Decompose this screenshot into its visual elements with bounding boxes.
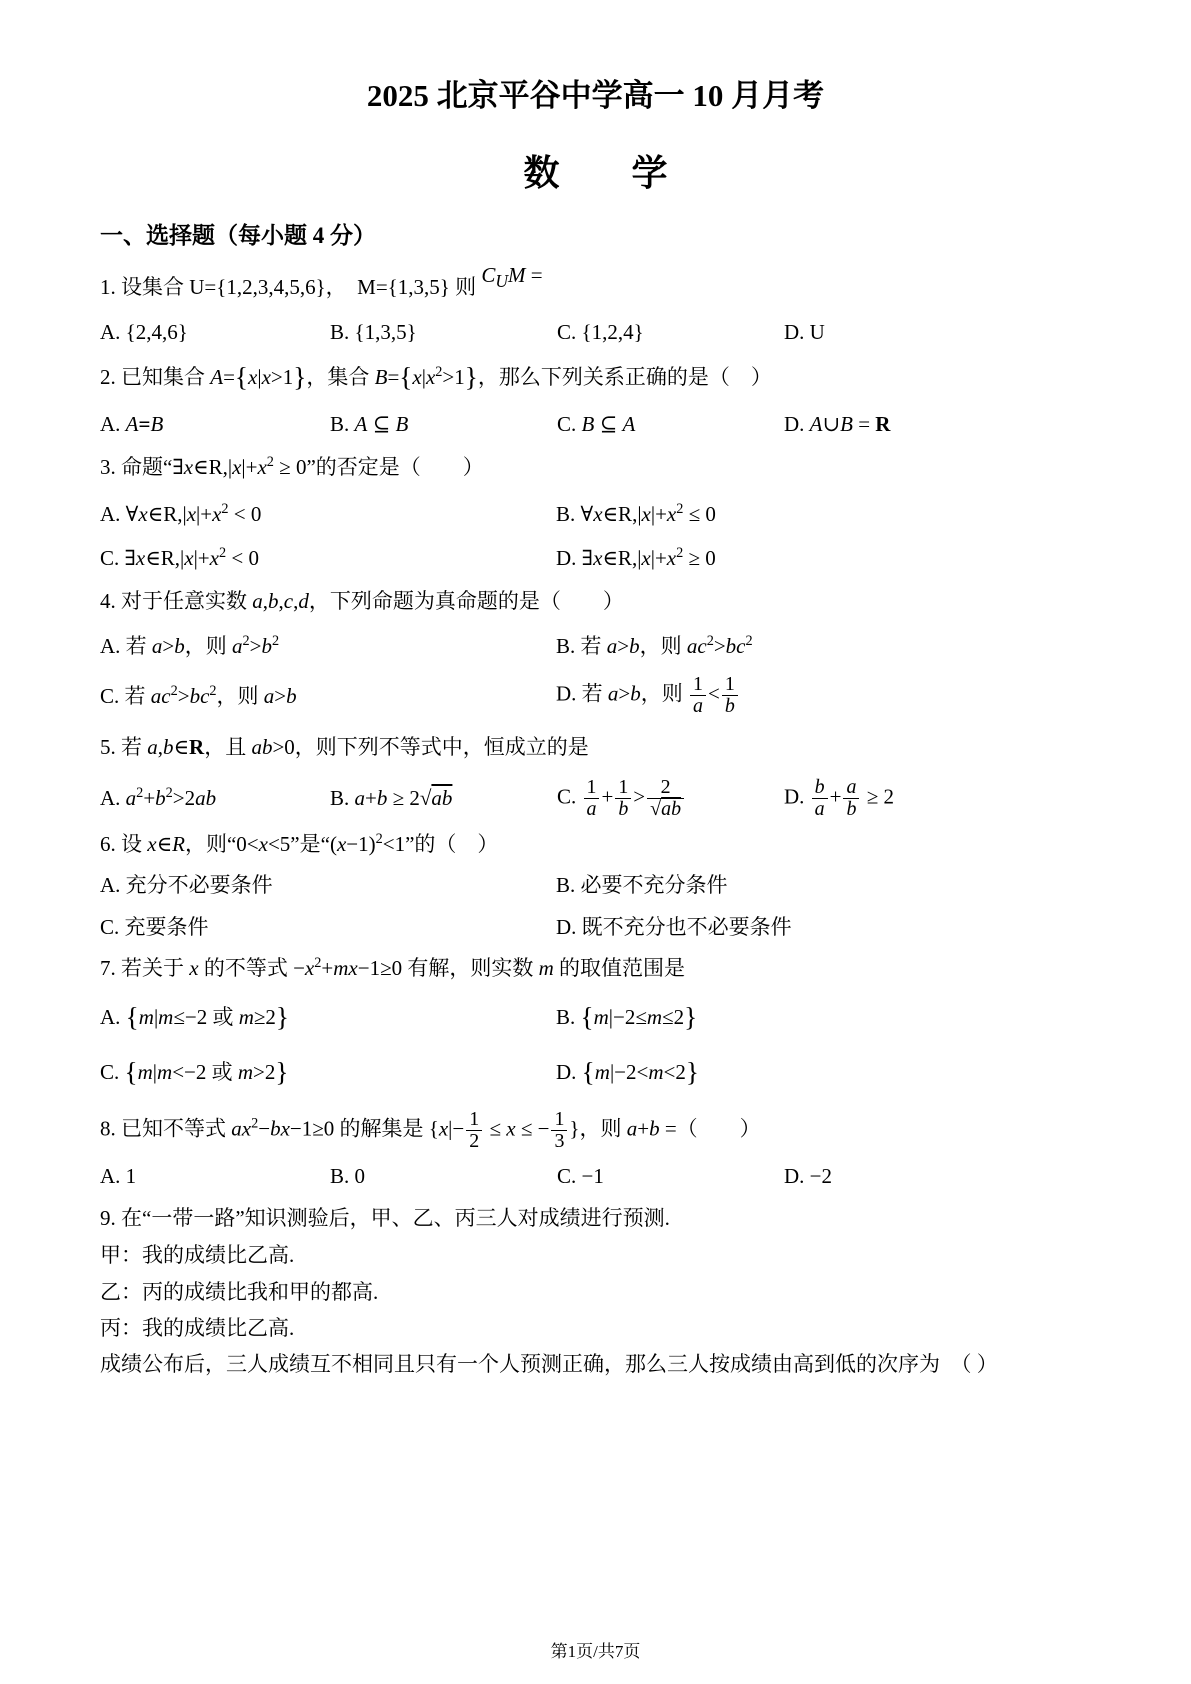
question-8-stem: 8. 已知不等式 ax2−bx−1≥0 的解集是 {x|−12 ≤ x ≤ −1… xyxy=(100,1109,1091,1152)
question-8: 8. 已知不等式 ax2−bx−1≥0 的解集是 {x|−12 ≤ x ≤ −1… xyxy=(100,1109,1091,1190)
question-1-option-b: B. {1,3,5} xyxy=(330,318,557,346)
question-9-statement-bing: 丙：我的成绩比乙高. xyxy=(100,1315,1091,1342)
question-3-option-b: B. ∀x∈R,|x|+x2 ≤ 0 xyxy=(556,500,1091,528)
question-4-option-a: A. 若 a>b，则 a2>b2 xyxy=(100,632,556,660)
question-9-statement-yi: 乙：丙的成绩比我和甲的都高. xyxy=(100,1279,1091,1306)
question-2: 2. 已知集合 A={x|x>1}，集合 B={x|x2>1}，那么下列关系正确… xyxy=(100,358,1091,439)
question-3-option-a: A. ∀x∈R,|x|+x2 < 0 xyxy=(100,500,556,528)
question-6: 6. 设 x∈R，则“0<x<5”是“(x−1)2<1”的（ ） A. 充分不必… xyxy=(100,830,1091,942)
question-4-option-d: D. 若 a>b，则 1a<1b xyxy=(556,674,1091,717)
question-7-options: A. {m|m≤−2 或 m≥2} B. {m|−2≤m≤2} C. {m|m<… xyxy=(100,999,1091,1091)
question-2-option-c: C. B ⊆ A xyxy=(557,410,784,438)
question-7: 7. 若关于 x 的不等式 −x2+mx−1≥0 有解，则实数 m 的取值范围是… xyxy=(100,954,1091,1091)
question-3: 3. 命题“∃x∈R,|x|+x2 ≥ 0”的否定是（ ） A. ∀x∈R,|x… xyxy=(100,453,1091,573)
subject-title: 数 学 xyxy=(100,150,1091,197)
question-8-option-d: D. −2 xyxy=(784,1162,1091,1190)
question-9: 9. 在“一带一路”知识测验后，甲、乙、丙三人对成绩进行预测. 甲：我的成绩比乙… xyxy=(100,1204,1091,1379)
question-7-option-b: B. {m|−2≤m≤2} xyxy=(556,999,1091,1036)
question-6-option-a: A. 充分不必要条件 xyxy=(100,871,556,899)
question-6-stem: 6. 设 x∈R，则“0<x<5”是“(x−1)2<1”的（ ） xyxy=(100,830,1091,859)
question-1-option-c: C. {1,2,4} xyxy=(557,318,784,346)
question-1-stem: 1. 设集合 U={1,2,3,4,5,6}， M={1,3,5} 则 CUM … xyxy=(100,273,1091,306)
question-1-options: A. {2,4,6} B. {1,3,5} C. {1,2,4} D. U xyxy=(100,318,1091,346)
question-2-option-a: A. A=B xyxy=(100,410,330,438)
question-4: 4. 对于任意实数 a,b,c,d，下列命题为真命题的是（ ） A. 若 a>b… xyxy=(100,587,1091,718)
question-8-options: A. 1 B. 0 C. −1 D. −2 xyxy=(100,1162,1091,1190)
question-4-stem: 4. 对于任意实数 a,b,c,d，下列命题为真命题的是（ ） xyxy=(100,587,1091,616)
question-2-option-b: B. A ⊆ B xyxy=(330,410,557,438)
question-5-option-b: B. a+b ≥ 2√ab xyxy=(330,784,557,812)
question-2-options: A. A=B B. A ⊆ B C. B ⊆ A D. A∪B = R xyxy=(100,410,1091,438)
question-6-option-d: D. 既不充分也不必要条件 xyxy=(556,913,1091,941)
question-3-option-c: C. ∃x∈R,|x|+x2 < 0 xyxy=(100,544,556,572)
question-5-options: A. a2+b2>2ab B. a+b ≥ 2√ab C. 1a+1b>2√ab… xyxy=(100,777,1091,820)
question-9-conclusion: 成绩公布后，三人成绩互不相同且只有一个人预测正确，那么三人按成绩由高到低的次序为… xyxy=(100,1351,1091,1378)
question-9-statement-jia: 甲：我的成绩比乙高. xyxy=(100,1242,1091,1269)
question-4-options: A. 若 a>b，则 a2>b2 B. 若 a>b，则 ac2>bc2 C. 若… xyxy=(100,632,1091,717)
question-5: 5. 若 a,b∈R，且 ab>0，则下列不等式中，恒成立的是 A. a2+b2… xyxy=(100,733,1091,819)
question-9-stem: 9. 在“一带一路”知识测验后，甲、乙、丙三人对成绩进行预测. xyxy=(100,1204,1091,1233)
question-6-option-b: B. 必要不充分条件 xyxy=(556,871,1091,899)
question-3-stem: 3. 命题“∃x∈R,|x|+x2 ≥ 0”的否定是（ ） xyxy=(100,453,1091,482)
question-5-option-a: A. a2+b2>2ab xyxy=(100,784,330,812)
question-1-option-d: D. U xyxy=(784,318,1091,346)
question-5-stem: 5. 若 a,b∈R，且 ab>0，则下列不等式中，恒成立的是 xyxy=(100,733,1091,762)
question-3-option-d: D. ∃x∈R,|x|+x2 ≥ 0 xyxy=(556,544,1091,572)
question-1: 1. 设集合 U={1,2,3,4,5,6}， M={1,3,5} 则 CUM … xyxy=(100,273,1091,346)
question-7-option-c: C. {m|m<−2 或 m>2} xyxy=(100,1054,556,1091)
question-4-option-c: C. 若 ac2>bc2，则 a>b xyxy=(100,682,556,710)
question-1-option-a: A. {2,4,6} xyxy=(100,318,330,346)
question-7-stem: 7. 若关于 x 的不等式 −x2+mx−1≥0 有解，则实数 m 的取值范围是 xyxy=(100,954,1091,983)
page-number: 第1页/共7页 xyxy=(0,1637,1191,1662)
question-4-option-b: B. 若 a>b，则 ac2>bc2 xyxy=(556,632,1091,660)
question-6-option-c: C. 充要条件 xyxy=(100,913,556,941)
question-6-options: A. 充分不必要条件 B. 必要不充分条件 C. 充要条件 D. 既不充分也不必… xyxy=(100,871,1091,942)
page-title: 2025 北京平谷中学高一 10 月月考 xyxy=(100,76,1091,116)
question-2-option-d: D. A∪B = R xyxy=(784,410,1091,438)
question-8-option-b: B. 0 xyxy=(330,1162,557,1190)
question-3-options: A. ∀x∈R,|x|+x2 < 0 B. ∀x∈R,|x|+x2 ≤ 0 C.… xyxy=(100,500,1091,573)
exam-page: 2025 北京平谷中学高一 10 月月考 数 学 一、选择题（每小题 4 分） … xyxy=(0,76,1191,1378)
question-7-option-d: D. {m|−2<m<2} xyxy=(556,1054,1091,1091)
question-5-option-c: C. 1a+1b>2√ab xyxy=(557,777,784,820)
question-8-option-c: C. −1 xyxy=(557,1162,784,1190)
question-8-option-a: A. 1 xyxy=(100,1162,330,1190)
question-2-stem: 2. 已知集合 A={x|x>1}，集合 B={x|x2>1}，那么下列关系正确… xyxy=(100,358,1091,396)
question-5-option-d: D. ba+ab ≥ 2 xyxy=(784,777,1091,820)
question-7-option-a: A. {m|m≤−2 或 m≥2} xyxy=(100,999,556,1036)
section-heading: 一、选择题（每小题 4 分） xyxy=(100,221,1091,251)
